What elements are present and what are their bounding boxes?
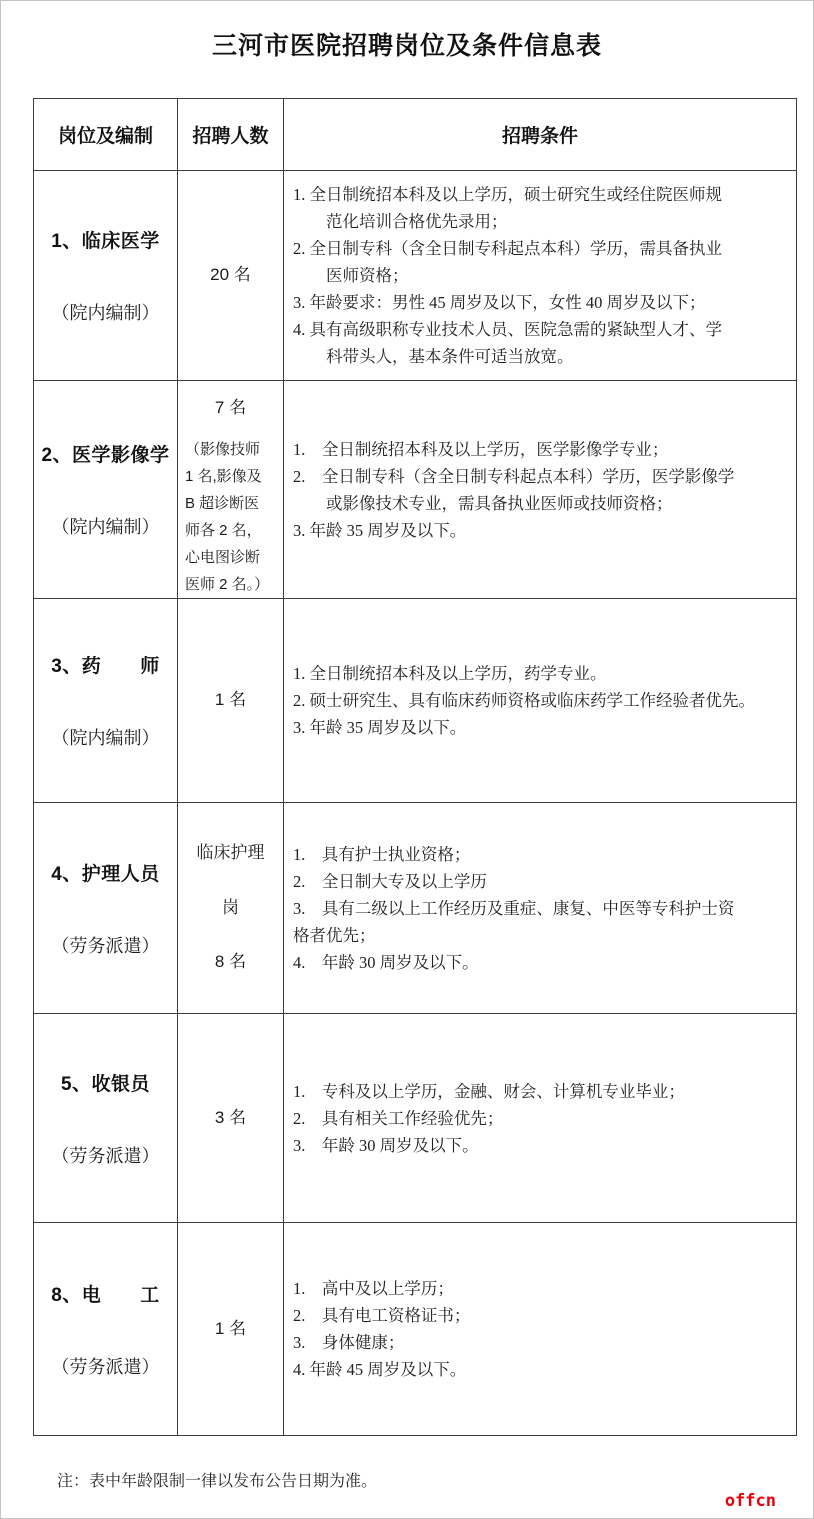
count-cell: 临床护理 岗 8 名	[178, 803, 284, 1014]
condition-item: 1. 具有护士执业资格；	[293, 841, 790, 868]
position-org: （劳务派遣）	[34, 932, 177, 958]
table-header-row: 岗位及编制 招聘人数 招聘条件	[34, 99, 797, 171]
position-cell: 5、收银员 （劳务派遣）	[34, 1014, 178, 1223]
conditions-cell: 1. 全日制统招本科及以上学历，硕士研究生或经住院医师规 范化培训合格优先录用；…	[284, 171, 797, 381]
condition-item: 3. 具有二级以上工作经历及重症、康复、中医等专科护士资 格者优先；	[293, 895, 790, 949]
condition-item: 4. 年龄 30 周岁及以下。	[293, 949, 790, 976]
conditions-cell: 1. 具有护士执业资格； 2. 全日制大专及以上学历 3. 具有二级以上工作经历…	[284, 803, 797, 1014]
recruit-count: 1 名	[178, 673, 283, 727]
recruit-count-note: （影像技师 1 名,影像及 B 超诊断医 师各 2 名， 心电图诊断 医师 2 …	[178, 436, 283, 598]
count-cell: 1 名	[178, 599, 284, 803]
condition-item: 4. 具有高级职称专业技术人员、医院急需的紧缺型人才、学 科带头人，基本条件可适…	[293, 316, 790, 370]
condition-item: 1. 全日制统招本科及以上学历，医学影像学专业；	[293, 436, 790, 463]
condition-item: 1. 全日制统招本科及以上学历，药学专业。	[293, 660, 790, 687]
position-name: 4、护理人员	[34, 859, 177, 886]
conditions-cell: 1. 全日制统招本科及以上学历，药学专业。 2. 硕士研究生、具有临床药师资格或…	[284, 599, 797, 803]
condition-item: 1. 专科及以上学历，金融、财会、计算机专业毕业；	[293, 1078, 790, 1105]
position-name: 5、收银员	[34, 1069, 177, 1096]
condition-item: 3. 身体健康；	[293, 1329, 790, 1356]
recruit-count: 临床护理 岗 8 名	[178, 826, 283, 989]
page-title: 三河市医院招聘岗位及条件信息表	[0, 26, 814, 62]
header-cell-count: 招聘人数	[178, 99, 284, 171]
count-cell: 3 名	[178, 1014, 284, 1223]
condition-item: 2. 具有相关工作经验优先；	[293, 1105, 790, 1132]
header-cell-conditions: 招聘条件	[284, 99, 797, 171]
condition-item: 2. 具有电工资格证书；	[293, 1302, 790, 1329]
condition-item: 3. 年龄 35 周岁及以下。	[293, 517, 790, 544]
position-cell: 3、药 师 （院内编制）	[34, 599, 178, 803]
condition-item: 3. 年龄 35 周岁及以下。	[293, 714, 790, 741]
condition-item: 1. 全日制统招本科及以上学历，硕士研究生或经住院医师规 范化培训合格优先录用；	[293, 181, 790, 235]
table-row: 3、药 师 （院内编制） 1 名 1. 全日制统招本科及以上学历，药学专业。 2…	[34, 599, 797, 803]
count-cell: 7 名 （影像技师 1 名,影像及 B 超诊断医 师各 2 名， 心电图诊断 医…	[178, 381, 284, 599]
condition-item: 2. 全日制专科（含全日制专科起点本科）学历，医学影像学 或影像技术专业，需具备…	[293, 463, 790, 517]
conditions-cell: 1. 全日制统招本科及以上学历，医学影像学专业； 2. 全日制专科（含全日制专科…	[284, 381, 797, 599]
table-row: 8、电 工 （劳务派遣） 1 名 1. 高中及以上学历； 2. 具有电工资格证书…	[34, 1223, 797, 1436]
table-row: 4、护理人员 （劳务派遣） 临床护理 岗 8 名 1. 具有护士执业资格； 2.…	[34, 803, 797, 1014]
recruit-count: 7 名	[178, 381, 283, 435]
footer-note: 注：表中年龄限制一律以发布公告日期为准。	[57, 1468, 377, 1491]
position-org: （劳务派遣）	[34, 1353, 177, 1379]
condition-item: 2. 硕士研究生、具有临床药师资格或临床药学工作经验者优先。	[293, 687, 790, 714]
position-org: （院内编制）	[34, 724, 177, 750]
recruit-count: 20 名	[178, 248, 283, 302]
conditions-cell: 1. 专科及以上学历，金融、财会、计算机专业毕业； 2. 具有相关工作经验优先；…	[284, 1014, 797, 1223]
position-cell: 4、护理人员 （劳务派遣）	[34, 803, 178, 1014]
condition-item: 2. 全日制大专及以上学历	[293, 868, 790, 895]
header-cell-position: 岗位及编制	[34, 99, 178, 171]
recruit-count: 1 名	[178, 1302, 283, 1356]
position-name: 2、医学影像学	[34, 440, 177, 467]
count-cell: 1 名	[178, 1223, 284, 1436]
condition-item: 3. 年龄 30 周岁及以下。	[293, 1132, 790, 1159]
position-cell: 8、电 工 （劳务派遣）	[34, 1223, 178, 1436]
position-name: 8、电 工	[34, 1280, 177, 1307]
position-org: （院内编制）	[34, 513, 177, 539]
condition-item: 2. 全日制专科（含全日制专科起点本科）学历，需具备执业 医师资格；	[293, 235, 790, 289]
position-name: 1、临床医学	[34, 226, 177, 253]
condition-item: 1. 高中及以上学历；	[293, 1275, 790, 1302]
offcn-watermark: offcn	[725, 1491, 776, 1511]
position-org: （劳务派遣）	[34, 1142, 177, 1168]
position-cell: 1、临床医学 （院内编制）	[34, 171, 178, 381]
table-row: 5、收银员 （劳务派遣） 3 名 1. 专科及以上学历，金融、财会、计算机专业毕…	[34, 1014, 797, 1223]
recruit-count: 3 名	[178, 1091, 283, 1145]
table-row: 2、医学影像学 （院内编制） 7 名 （影像技师 1 名,影像及 B 超诊断医 …	[34, 381, 797, 599]
position-cell: 2、医学影像学 （院内编制）	[34, 381, 178, 599]
recruitment-table: 岗位及编制 招聘人数 招聘条件 1、临床医学 （院内编制） 20 名 1. 全日…	[33, 98, 797, 1436]
position-org: （院内编制）	[34, 299, 177, 325]
table-row: 1、临床医学 （院内编制） 20 名 1. 全日制统招本科及以上学历，硕士研究生…	[34, 171, 797, 381]
position-name: 3、药 师	[34, 651, 177, 678]
condition-item: 4. 年龄 45 周岁及以下。	[293, 1356, 790, 1383]
conditions-cell: 1. 高中及以上学历； 2. 具有电工资格证书； 3. 身体健康； 4. 年龄 …	[284, 1223, 797, 1436]
condition-item: 3. 年龄要求：男性 45 周岁及以下，女性 40 周岁及以下；	[293, 289, 790, 316]
count-cell: 20 名	[178, 171, 284, 381]
